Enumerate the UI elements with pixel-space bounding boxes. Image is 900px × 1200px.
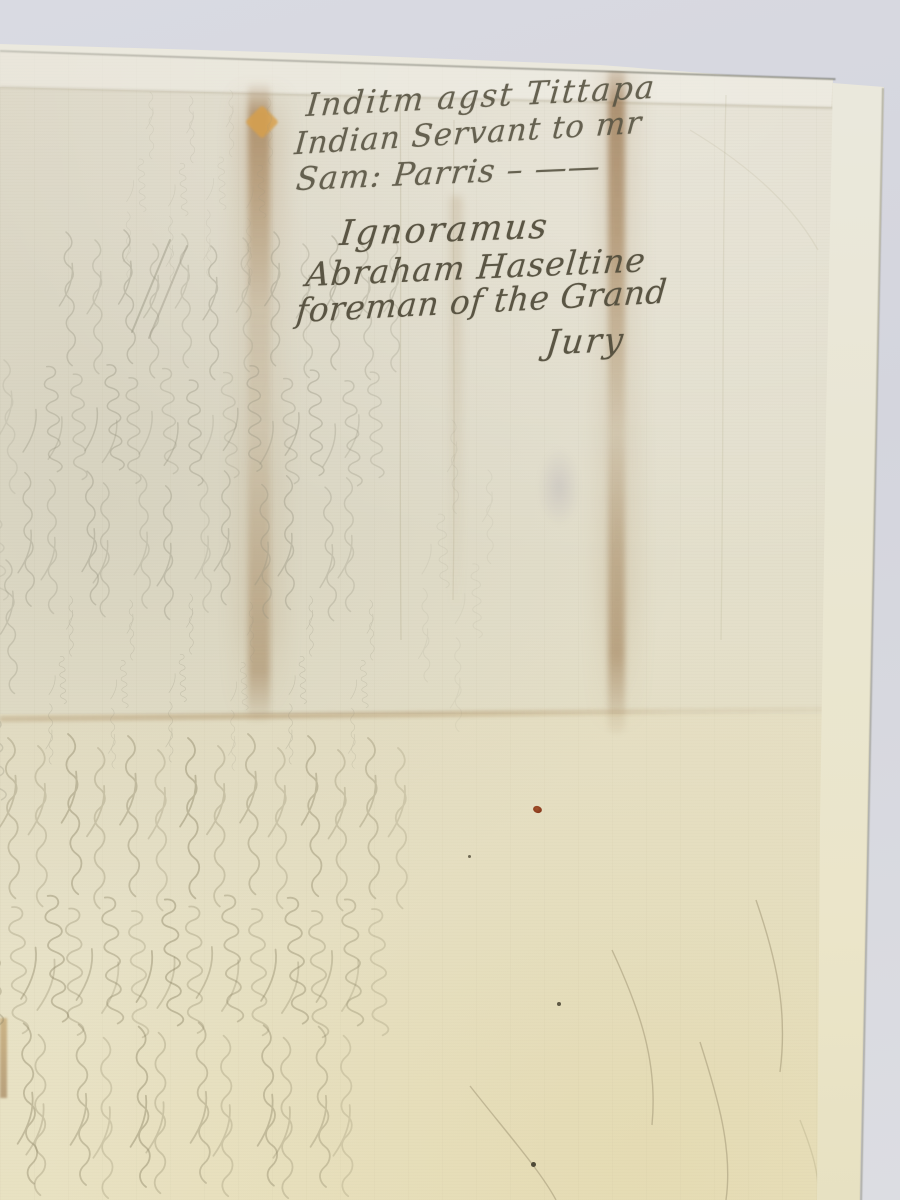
paper-wrinkles <box>470 900 818 1200</box>
bleedthrough-lower-block <box>0 732 437 1200</box>
dark-speck-1 <box>557 1002 561 1006</box>
inscription-line-7: Jury <box>544 320 627 363</box>
dark-speck-3 <box>468 855 471 858</box>
photograph: Inditm agst Tittapa Indian Servant to mr… <box>0 0 900 1200</box>
dark-speck-2 <box>531 1162 536 1167</box>
manuscript-page: Inditm agst Tittapa Indian Servant to mr… <box>0 0 900 1200</box>
